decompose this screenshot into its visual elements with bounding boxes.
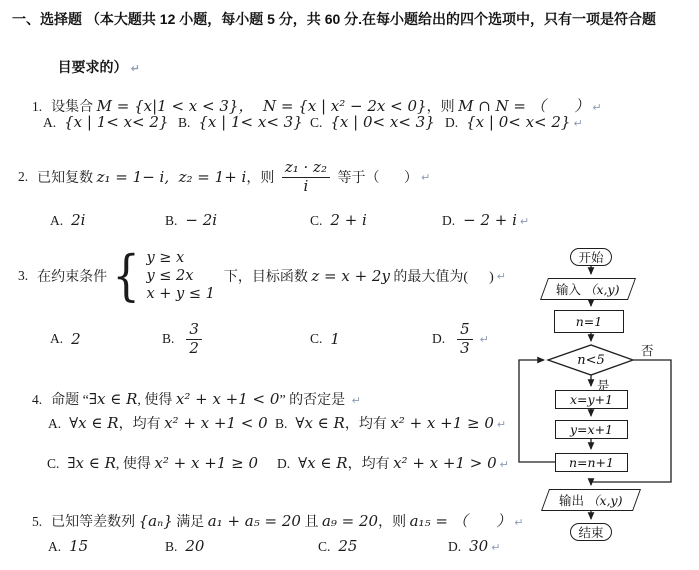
constraint-lines: y ≥ x y ≤ 2x x + y ≤ 1 bbox=[146, 250, 214, 302]
question-3-option-b: B.32 bbox=[162, 320, 206, 358]
option-text: 1 bbox=[330, 330, 340, 348]
question-5-math2: a₁ + a₅ = 20 bbox=[208, 512, 301, 530]
question-4-number: 4. bbox=[32, 392, 42, 407]
question-4-option-d: D.∀x ∈ R，均有 x² + x +1 > 0↵ bbox=[277, 453, 509, 473]
option-math: ∀x ∈ R bbox=[295, 414, 344, 432]
question-5-text2: 满足 bbox=[173, 515, 208, 530]
start-label: 开始 bbox=[578, 248, 603, 266]
option-text: 25 bbox=[338, 537, 357, 555]
input-args: （x,y) bbox=[584, 280, 619, 298]
question-4-text2: , 使得 bbox=[137, 393, 176, 408]
option-text: 15 bbox=[69, 537, 88, 555]
condition-label: n<5 bbox=[577, 353, 605, 368]
question-5-text3: 且 bbox=[301, 515, 322, 530]
paragraph-mark-icon: ↵ bbox=[497, 418, 506, 431]
question-4-math2: x² + x +1 < 0 bbox=[176, 390, 280, 408]
fraction-denominator: 3 bbox=[460, 340, 470, 357]
option-math2: x² + x +1 ≥ 0 bbox=[390, 414, 494, 432]
paragraph-mark-icon: ↵ bbox=[480, 333, 489, 346]
paragraph-mark-icon: ↵ bbox=[592, 101, 601, 114]
step1-label: x=y+1 bbox=[570, 392, 613, 407]
fraction-numerator: 3 bbox=[186, 321, 202, 339]
question-1-option-b: B.{x | 1< x< 3} bbox=[178, 113, 303, 132]
option-label: B. bbox=[165, 539, 177, 554]
question-4-option-a: A.∀x ∈ R，均有 x² + x +1 < 0 bbox=[48, 413, 268, 433]
input-label: 输入 bbox=[556, 280, 581, 298]
constraint-2: y ≤ 2x bbox=[146, 268, 214, 284]
question-3-option-c: C.1 bbox=[310, 320, 340, 358]
question-2-option-a: A.2i bbox=[50, 211, 85, 230]
option-label: A. bbox=[48, 539, 61, 554]
question-2-number: 2. bbox=[18, 169, 28, 185]
question-3-text2: 下，目标函数 bbox=[217, 266, 312, 286]
fraction-numerator: z₁ · z₂ bbox=[282, 159, 330, 177]
paragraph-mark-icon: ↵ bbox=[491, 541, 500, 554]
question-5-math3: a₉ = 20 bbox=[322, 512, 378, 530]
question-1-option-d: D.{x | 0< x< 2}↵ bbox=[445, 113, 583, 132]
program-flowchart: 开始 输入（x,y) n=1 n<5 是 否 x=y+1 y=x+1 n=n+1… bbox=[508, 240, 699, 565]
option-label: C. bbox=[310, 213, 322, 228]
option-label: D. bbox=[432, 331, 445, 347]
option-text: 2 + i bbox=[330, 211, 366, 229]
no-label: 否 bbox=[641, 341, 654, 359]
loop-back-line bbox=[519, 360, 555, 462]
question-5-option-a: A.15 bbox=[48, 537, 88, 556]
option-text: 2i bbox=[71, 211, 85, 229]
question-1-number: 1. bbox=[32, 99, 42, 114]
section-header-line2-text: 目要求的） bbox=[58, 59, 128, 75]
question-3-number: 3. bbox=[18, 268, 28, 284]
option-text: {x | 1< x< 3} bbox=[198, 113, 302, 131]
constraint-3: x + y ≤ 1 bbox=[146, 286, 214, 302]
paragraph-mark-icon: ↵ bbox=[131, 62, 140, 75]
option-label: D. bbox=[277, 456, 290, 471]
fraction: 53 bbox=[457, 321, 473, 357]
option-label: A. bbox=[50, 331, 63, 347]
question-2-text3: 等于（ ） bbox=[334, 167, 418, 187]
question-1-option-a: A.{x | 1< x< 2} bbox=[43, 113, 168, 132]
option-text: ，均有 bbox=[119, 417, 165, 432]
question-5-text4: ，则 bbox=[378, 515, 410, 530]
flowchart-step2-node: y=x+1 bbox=[555, 420, 628, 439]
constraint-1: y ≥ x bbox=[146, 250, 214, 266]
question-4-text3: ” 的否定是 bbox=[279, 393, 348, 408]
paragraph-mark-icon: ↵ bbox=[573, 117, 582, 130]
question-4-option-b: B.∀x ∈ R，均有 x² + x +1 ≥ 0↵ bbox=[275, 413, 506, 433]
option-label: C. bbox=[310, 115, 322, 130]
option-text: ，均有 bbox=[345, 417, 391, 432]
option-text: , 使得 bbox=[116, 457, 155, 472]
option-math: ∀x ∈ R bbox=[69, 414, 118, 432]
option-label: D. bbox=[448, 539, 461, 554]
question-5-text: 已知等差数列 bbox=[51, 515, 139, 530]
brace-glyph: { bbox=[113, 252, 140, 301]
option-math2: x² + x +1 > 0 bbox=[393, 454, 497, 472]
question-4-math: ∃x ∈ R bbox=[89, 390, 138, 408]
question-5-math4: a₁₅ = （ ） bbox=[410, 512, 512, 530]
question-5-option-c: C.25 bbox=[318, 537, 357, 556]
paragraph-mark-icon: ↵ bbox=[520, 215, 529, 228]
question-5-option-d: D.30↵ bbox=[448, 537, 500, 556]
exam-page: 一、选择题 （本大题共 12 小题，每小题 5 分，共 60 分.在每小题给出的… bbox=[0, 0, 699, 570]
question-3-stem: 3.在约束条件 { y ≥ x y ≤ 2x x + y ≤ 1 下，目标函数 … bbox=[18, 243, 506, 309]
option-label: A. bbox=[48, 416, 61, 431]
question-2-option-b: B.− 2i bbox=[165, 211, 217, 230]
question-2-stem: 2.已知复数 z₁ = 1− i, z₂ = 1+ i，则 z₁ · z₂ i … bbox=[18, 158, 430, 196]
output-label: 输出 bbox=[559, 491, 584, 509]
paragraph-mark-icon: ↵ bbox=[497, 270, 506, 283]
question-2-text: 已知复数 bbox=[37, 167, 97, 187]
option-label: B. bbox=[178, 115, 190, 130]
question-2-text2: ，则 bbox=[246, 167, 278, 187]
option-text: 20 bbox=[185, 537, 204, 555]
option-text: {x | 0< x< 3} bbox=[330, 113, 434, 131]
section-header-line1: 一、选择题 （本大题共 12 小题，每小题 5 分，共 60 分.在每小题给出的… bbox=[12, 9, 656, 29]
option-label: C. bbox=[310, 331, 322, 347]
question-2-option-c: C.2 + i bbox=[310, 211, 367, 230]
flowchart-start-node: 开始 bbox=[570, 248, 612, 266]
option-math: ∃x ∈ R bbox=[67, 454, 116, 472]
option-label: B. bbox=[165, 213, 177, 228]
option-text: ，均有 bbox=[348, 457, 394, 472]
step3-label: n=n+1 bbox=[569, 455, 614, 470]
flowchart-output-node: 输出（x,y) bbox=[541, 489, 641, 511]
option-label: A. bbox=[43, 115, 56, 130]
question-3-text: 在约束条件 bbox=[37, 266, 107, 286]
question-5-number: 5. bbox=[32, 514, 42, 529]
question-4-option-c: C.∃x ∈ R, 使得 x² + x +1 ≥ 0 bbox=[47, 453, 258, 473]
flowchart-end-node: 结束 bbox=[570, 523, 612, 541]
init-label: n=1 bbox=[576, 314, 602, 329]
flowchart-init-node: n=1 bbox=[554, 310, 624, 333]
option-text: 30 bbox=[469, 537, 488, 555]
fraction-denominator: 2 bbox=[189, 340, 199, 357]
paragraph-mark-icon: ↵ bbox=[352, 394, 361, 407]
question-1-option-c: C.{x | 0< x< 3} bbox=[310, 113, 435, 132]
flowchart-condition-text: n<5 bbox=[548, 350, 634, 370]
flowchart-input-node: 输入（x,y) bbox=[540, 278, 636, 300]
question-2-math: z₁ = 1− i, z₂ = 1+ i bbox=[97, 168, 247, 186]
option-label: B. bbox=[162, 331, 174, 347]
question-5-math: {aₙ} bbox=[139, 512, 173, 530]
option-text: {x | 1< x< 2} bbox=[64, 113, 168, 131]
question-5-option-b: B.20 bbox=[165, 537, 204, 556]
question-3-math: z = x + 2y bbox=[311, 267, 390, 285]
question-3-option-a: A.2 bbox=[50, 320, 81, 358]
option-text: − 2 + i bbox=[463, 211, 517, 229]
step2-label: y=x+1 bbox=[570, 422, 613, 437]
fraction: z₁ · z₂ i bbox=[282, 159, 330, 195]
option-math2: x² + x +1 ≥ 0 bbox=[154, 454, 258, 472]
output-args: （x,y) bbox=[587, 491, 622, 509]
paragraph-mark-icon: ↵ bbox=[421, 171, 430, 184]
option-text: {x | 0< x< 2} bbox=[466, 113, 570, 131]
flowchart-step3-node: n=n+1 bbox=[555, 453, 628, 472]
option-label: C. bbox=[47, 456, 59, 471]
question-4-text: 命题 “ bbox=[51, 393, 89, 408]
option-label: C. bbox=[318, 539, 330, 554]
question-2-option-d: D.− 2 + i↵ bbox=[442, 211, 529, 230]
end-label: 结束 bbox=[578, 523, 603, 541]
option-label: B. bbox=[275, 416, 287, 431]
fraction: 32 bbox=[186, 321, 202, 357]
option-label: D. bbox=[442, 213, 455, 228]
option-label: D. bbox=[445, 115, 458, 130]
option-math2: x² + x +1 < 0 bbox=[164, 414, 268, 432]
option-label: A. bbox=[50, 213, 63, 228]
fraction-numerator: 5 bbox=[457, 321, 473, 339]
option-text: − 2i bbox=[185, 211, 217, 229]
option-math: ∀x ∈ R bbox=[298, 454, 347, 472]
constraint-system: { y ≥ x y ≤ 2x x + y ≤ 1 bbox=[109, 250, 215, 302]
flowchart-step1-node: x=y+1 bbox=[555, 390, 628, 409]
question-3-text3: 的最大值为( ) bbox=[390, 266, 494, 286]
option-text: 2 bbox=[71, 330, 81, 348]
question-3-option-d: D.53↵ bbox=[432, 320, 489, 358]
fraction-denominator: i bbox=[303, 178, 308, 195]
